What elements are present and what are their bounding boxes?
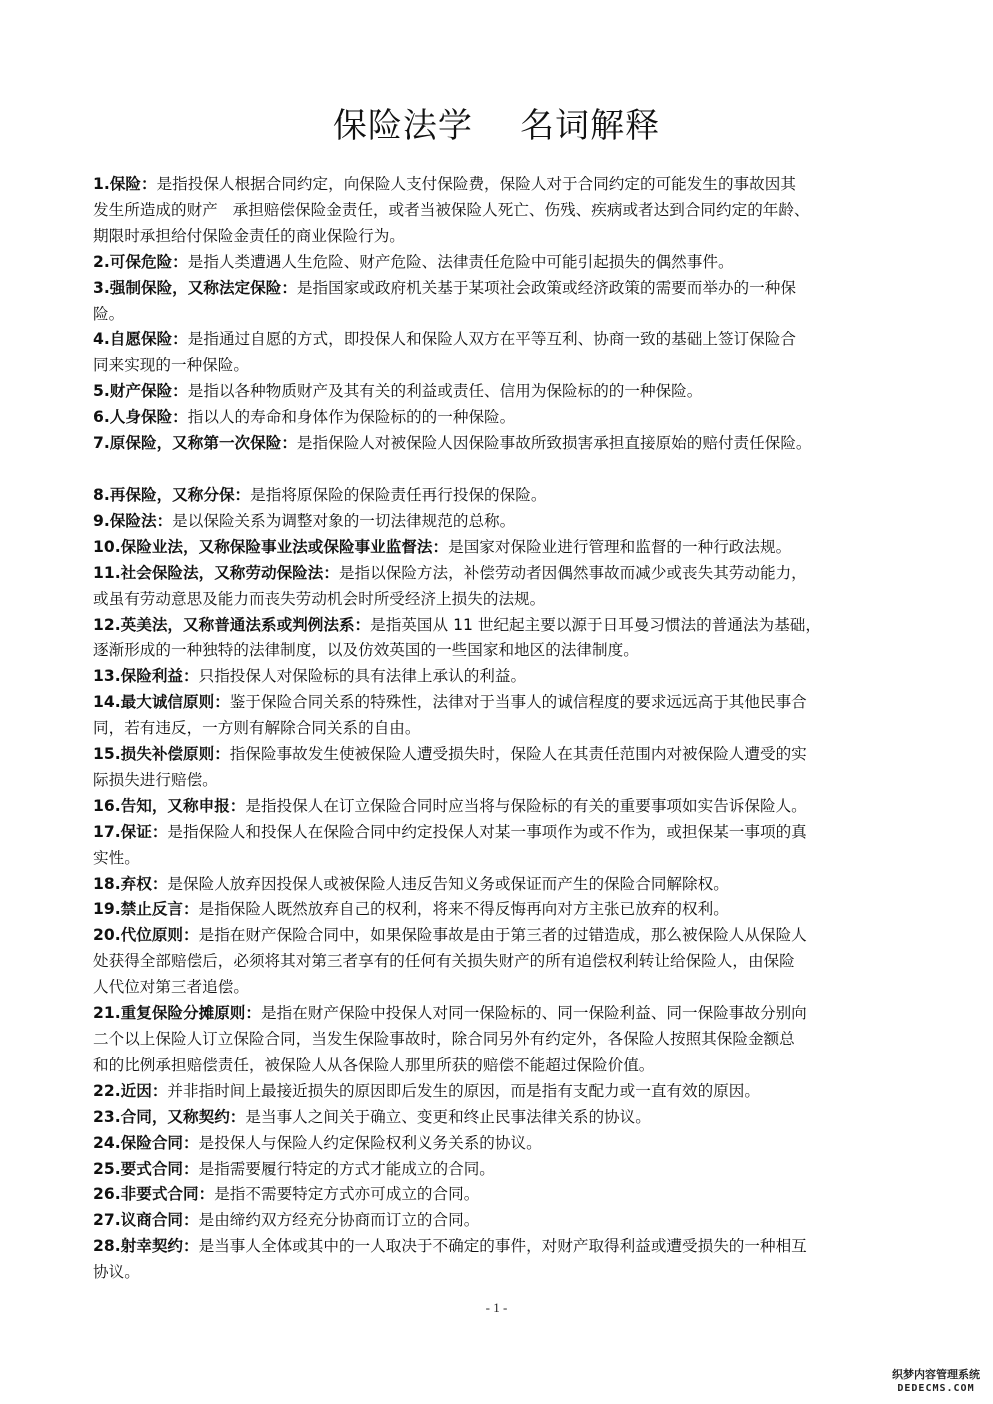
entry-line: 10.保险业法，又称保险事业法或保险事业监督法：是国家对保险业进行管理和监督的一… [93, 535, 898, 561]
entry-number: 7. [93, 434, 110, 452]
entry-line: 16.告知，又称申报：是指投保人在订立保险合同时应当将与保险标的有关的重要事项如… [93, 794, 898, 820]
glossary-entry: 15.损失补偿原则：指保险事故发生使被保险人遭受损失时，保险人在其责任范围内对被… [93, 742, 898, 794]
entry-term: 保险业法，又称保险事业法或保险事业监督法： [121, 538, 448, 556]
entry-term: 财产保险： [110, 382, 188, 400]
entry-line: 21.重复保险分摊原则：是指在财产保险中投保人对同一保险标的、同一保险利益、同一… [93, 1001, 898, 1027]
entry-term: 强制保险，又称法定保险： [110, 279, 297, 297]
entry-line: 7.原保险，又称第一次保险：是指保险人对被保险人因保险事故所致损害承担直接原始的… [93, 431, 898, 457]
entry-term: 合同，又称契约： [121, 1108, 246, 1126]
entry-line: 12.英美法，又称普通法系或判例法系：是指英国从 11 世纪起主要以源于日耳曼习… [93, 613, 898, 639]
entry-line: 5.财产保险：是指以各种物质财产及其有关的利益或责任、信用为保险标的的一种保险。 [93, 379, 898, 405]
entry-definition-text: 是保险人放弃因投保人或被保险人违反告知义务或保证而产生的保险合同解除权。 [167, 875, 728, 893]
entry-number: 23. [93, 1108, 121, 1126]
entry-line: 协议。 [93, 1260, 898, 1286]
entry-line: 28.射幸契约：是当事人全体或其中的一人取决于不确定的事件，对财产取得利益或遭受… [93, 1234, 898, 1260]
watermark-logo: 织梦内容管理系统 DEDECMS.COM [883, 1368, 989, 1395]
entry-line: 23.合同，又称契约：是当事人之间关于确立、变更和终止民事法律关系的协议。 [93, 1105, 898, 1131]
entry-line: 20.代位原则：是指在财产保险合同中，如果保险事故是由于第三者的过错造成，那么被… [93, 923, 898, 949]
entry-definition-text: 期限时承担给付保险金责任的商业保险行为。 [93, 227, 405, 245]
entry-term: 近因： [121, 1082, 168, 1100]
entry-number: 5. [93, 382, 110, 400]
glossary-entry: 10.保险业法，又称保险事业法或保险事业监督法：是国家对保险业进行管理和监督的一… [93, 535, 898, 561]
page-title: 保险法学 名词解释 [0, 98, 993, 147]
entry-line: 25.要式合同：是指需要履行特定的方式才能成立的合同。 [93, 1157, 898, 1183]
entry-definition-text: 同来实现的一种保险。 [93, 356, 249, 374]
entry-line: 19.禁止反言：是指保险人既然放弃自己的权利，将来不得反悔再向对方主张已放弃的权… [93, 897, 898, 923]
entry-term: 最大诚信原则： [121, 693, 230, 711]
glossary-entry: 23.合同，又称契约：是当事人之间关于确立、变更和终止民事法律关系的协议。 [93, 1105, 898, 1131]
glossary-entry: 12.英美法，又称普通法系或判例法系：是指英国从 11 世纪起主要以源于日耳曼习… [93, 613, 898, 665]
entry-number: 25. [93, 1160, 121, 1178]
watermark-line1: 织梦内容管理系统 [883, 1368, 989, 1382]
entry-definition-text: 是指投保人根据合同约定，向保险人支付保险费，保险人对于合同约定的可能发生的事故因… [157, 175, 796, 193]
entry-line: 逐渐形成的一种独特的法律制度，以及仿效英国的一些国家和地区的法律制度。 [93, 638, 898, 664]
glossary-entry: 24.保险合同：是投保人与保险人约定保险权利义务关系的协议。 [93, 1131, 898, 1157]
glossary-entry: 2.可保危险：是指人类遭遇人生危险、财产危险、法律责任危险中可能引起损失的偶然事… [93, 250, 898, 276]
entry-line: 22.近因：并非指时间上最接近损失的原因即后发生的原因，而是指有支配力或一直有效… [93, 1079, 898, 1105]
entry-line: 2.可保危险：是指人类遭遇人生危险、财产危险、法律责任危险中可能引起损失的偶然事… [93, 250, 898, 276]
entry-definition-text: 或虽有劳动意思及能力而丧失劳动机会时所受经济上损失的法规。 [93, 590, 545, 608]
glossary-entry: 3.强制保险，又称法定保险：是指国家或政府机关基于某项社会政策或经济政策的需要而… [93, 276, 898, 328]
glossary-entry: 6.人身保险：指以人的寿命和身体作为保险标的的一种保险。 [93, 405, 898, 431]
entry-definition-text: 并非指时间上最接近损失的原因即后发生的原因，而是指有支配力或一直有效的原因。 [167, 1082, 760, 1100]
entry-term: 人身保险： [110, 408, 188, 426]
entry-number: 21. [93, 1004, 121, 1022]
entry-term: 禁止反言： [121, 900, 199, 918]
entry-number: 26. [93, 1185, 121, 1203]
entry-definition-text: 险。 [93, 305, 124, 323]
entry-definition-text: 是指需要履行特定的方式才能成立的合同。 [199, 1160, 495, 1178]
glossary-entry: 19.禁止反言：是指保险人既然放弃自己的权利，将来不得反悔再向对方主张已放弃的权… [93, 897, 898, 923]
entry-term: 再保险，又称分保： [110, 486, 250, 504]
entry-number: 11. [93, 564, 121, 582]
entry-line: 17.保证：是指保险人和投保人在保险合同中约定投保人对某一事项作为或不作为，或担… [93, 820, 898, 846]
entry-number: 12. [93, 616, 121, 634]
entry-number: 19. [93, 900, 121, 918]
entry-definition-text: 二个以上保险人订立保险合同，当发生保险事故时，除合同另外有约定外，各保险人按照其… [93, 1030, 795, 1048]
entry-number: 9. [93, 512, 110, 530]
spacer [93, 457, 898, 483]
glossary-entry: 14.最大诚信原则：鉴于保险合同关系的特殊性，法律对于当事人的诚信程度的要求远远… [93, 690, 898, 742]
entry-definition-text: 是指英国从 11 世纪起主要以源于日耳曼习惯法的普通法为基础， [370, 616, 821, 634]
entry-term: 议商合同： [121, 1211, 199, 1229]
entry-line: 4.自愿保险：是指通过自愿的方式，即投保人和保险人双方在平等互利、协商一致的基础… [93, 327, 898, 353]
glossary-entry: 5.财产保险：是指以各种物质财产及其有关的利益或责任、信用为保险标的的一种保险。 [93, 379, 898, 405]
glossary-entry: 27.议商合同：是由缔约双方经充分协商而订立的合同。 [93, 1208, 898, 1234]
entry-definition-text: 人代位对第三者追偿。 [93, 978, 249, 996]
entry-term: 自愿保险： [110, 330, 188, 348]
entry-number: 17. [93, 823, 121, 841]
entry-definition-text: 是指投保人在订立保险合同时应当将与保险标的有关的重要事项如实告诉保险人。 [245, 797, 806, 815]
entry-number: 14. [93, 693, 121, 711]
glossary-entry: 8.再保险，又称分保：是指将原保险的保险责任再行投保的保险。 [93, 483, 898, 509]
entry-definition-text: 是指保险人和投保人在保险合同中约定投保人对某一事项作为或不作为，或担保某一事项的… [167, 823, 806, 841]
glossary-list: 1.保险：是指投保人根据合同约定，向保险人支付保险费，保险人对于合同约定的可能发… [93, 172, 898, 1286]
glossary-entry: 28.射幸契约：是当事人全体或其中的一人取决于不确定的事件，对财产取得利益或遭受… [93, 1234, 898, 1286]
glossary-entry: 18.弃权：是保险人放弃因投保人或被保险人违反告知义务或保证而产生的保险合同解除… [93, 872, 898, 898]
entry-line: 3.强制保险，又称法定保险：是指国家或政府机关基于某项社会政策或经济政策的需要而… [93, 276, 898, 302]
page-number: - 1 - [0, 1300, 993, 1316]
entry-definition-text: 是指在财产保险中投保人对同一保险标的、同一保险利益、同一保险事故分别向 [261, 1004, 807, 1022]
entry-number: 8. [93, 486, 110, 504]
entry-line: 和的比例承担赔偿责任，被保险人从各保险人那里所获的赔偿不能超过保险价值。 [93, 1053, 898, 1079]
entry-line: 实性。 [93, 846, 898, 872]
entry-term: 非要式合同： [121, 1185, 215, 1203]
entry-line: 或虽有劳动意思及能力而丧失劳动机会时所受经济上损失的法规。 [93, 587, 898, 613]
glossary-entry: 21.重复保险分摊原则：是指在财产保险中投保人对同一保险标的、同一保险利益、同一… [93, 1001, 898, 1079]
entry-term: 重复保险分摊原则： [121, 1004, 261, 1022]
entry-line: 同来实现的一种保险。 [93, 353, 898, 379]
entry-line: 险。 [93, 302, 898, 328]
entry-definition-text: 是指以各种物质财产及其有关的利益或责任、信用为保险标的的一种保险。 [188, 382, 703, 400]
entry-line: 同，若有违反，一方则有解除合同关系的自由。 [93, 716, 898, 742]
entry-definition-text: 协议。 [93, 1263, 140, 1281]
glossary-entry: 17.保证：是指保险人和投保人在保险合同中约定投保人对某一事项作为或不作为，或担… [93, 820, 898, 872]
entry-definition-text: 发生所造成的财产 承担赔偿保险金责任，或者当被保险人死亡、伤残、疾病或者达到合同… [93, 201, 810, 219]
entry-definition-text: 只指投保人对保险标的具有法律上承认的利益。 [199, 667, 526, 685]
entry-definition-text: 是指国家或政府机关基于某项社会政策或经济政策的需要而举办的一种保 [297, 279, 796, 297]
entry-line: 24.保险合同：是投保人与保险人约定保险权利义务关系的协议。 [93, 1131, 898, 1157]
entry-line: 11.社会保险法，又称劳动保险法：是指以保险方法，补偿劳动者因偶然事故而减少或丧… [93, 561, 898, 587]
entry-definition-text: 和的比例承担赔偿责任，被保险人从各保险人那里所获的赔偿不能超过保险价值。 [93, 1056, 654, 1074]
glossary-entry: 26.非要式合同：是指不需要特定方式亦可成立的合同。 [93, 1182, 898, 1208]
entry-term: 保险利益： [121, 667, 199, 685]
entry-term: 社会保险法，又称劳动保险法： [121, 564, 339, 582]
glossary-entry: 9.保险法：是以保险关系为调整对象的一切法律规范的总称。 [93, 509, 898, 535]
entry-line: 6.人身保险：指以人的寿命和身体作为保险标的的一种保险。 [93, 405, 898, 431]
entry-line: 26.非要式合同：是指不需要特定方式亦可成立的合同。 [93, 1182, 898, 1208]
entry-number: 16. [93, 797, 121, 815]
entry-definition-text: 指保险事故发生使被保险人遭受损失时，保险人在其责任范围内对被保险人遭受的实 [230, 745, 807, 763]
entry-term: 损失补偿原则： [121, 745, 230, 763]
entry-number: 22. [93, 1082, 121, 1100]
entry-line: 人代位对第三者追偿。 [93, 975, 898, 1001]
entry-definition-text: 是由缔约双方经充分协商而订立的合同。 [199, 1211, 480, 1229]
entry-number: 13. [93, 667, 121, 685]
watermark-line2: DEDECMS.COM [883, 1382, 989, 1395]
glossary-entry: 20.代位原则：是指在财产保险合同中，如果保险事故是由于第三者的过错造成，那么被… [93, 923, 898, 1001]
entry-term: 保证： [121, 823, 168, 841]
entry-definition-text: 是指在财产保险合同中，如果保险事故是由于第三者的过错造成，那么被保险人从保险人 [199, 926, 807, 944]
entry-number: 6. [93, 408, 110, 426]
entry-line: 18.弃权：是保险人放弃因投保人或被保险人违反告知义务或保证而产生的保险合同解除… [93, 872, 898, 898]
entry-term: 可保危险： [110, 253, 188, 271]
entry-line: 27.议商合同：是由缔约双方经充分协商而订立的合同。 [93, 1208, 898, 1234]
entry-definition-text: 是指保险人对被保险人因保险事故所致损害承担直接原始的赔付责任保险。 [297, 434, 812, 452]
glossary-entry: 1.保险：是指投保人根据合同约定，向保险人支付保险费，保险人对于合同约定的可能发… [93, 172, 898, 250]
entry-number: 3. [93, 279, 110, 297]
entry-number: 2. [93, 253, 110, 271]
glossary-entry: 25.要式合同：是指需要履行特定的方式才能成立的合同。 [93, 1157, 898, 1183]
entry-definition-text: 处获得全部赔偿后，必须将其对第三者享有的任何有关损失财产的所有追偿权利转让给保险… [93, 952, 795, 970]
entry-term: 英美法，又称普通法系或判例法系： [121, 616, 371, 634]
entry-number: 20. [93, 926, 121, 944]
glossary-entry: 16.告知，又称申报：是指投保人在订立保险合同时应当将与保险标的有关的重要事项如… [93, 794, 898, 820]
entry-definition-text: 鉴于保险合同关系的特殊性，法律对于当事人的诚信程度的要求远远高于其他民事合 [230, 693, 807, 711]
entry-number: 27. [93, 1211, 121, 1229]
entry-definition-text: 际损失进行赔偿。 [93, 771, 218, 789]
entry-definition-text: 是指以保险方法，补偿劳动者因偶然事故而减少或丧失其劳动能力， [339, 564, 807, 582]
entry-definition-text: 是指通过自愿的方式，即投保人和保险人双方在平等互利、协商一致的基础上签订保险合 [188, 330, 796, 348]
entry-number: 4. [93, 330, 110, 348]
entry-definition-text: 实性。 [93, 849, 140, 867]
entry-number: 1. [93, 175, 110, 193]
entry-definition-text: 是国家对保险业进行管理和监督的一种行政法规。 [448, 538, 791, 556]
entry-term: 保险法： [110, 512, 172, 530]
entry-term: 保险： [110, 175, 157, 193]
entry-number: 15. [93, 745, 121, 763]
entry-number: 10. [93, 538, 121, 556]
entry-definition-text: 是当事人之间关于确立、变更和终止民事法律关系的协议。 [245, 1108, 650, 1126]
entry-line: 14.最大诚信原则：鉴于保险合同关系的特殊性，法律对于当事人的诚信程度的要求远远… [93, 690, 898, 716]
entry-term: 要式合同： [121, 1160, 199, 1178]
glossary-entry: 22.近因：并非指时间上最接近损失的原因即后发生的原因，而是指有支配力或一直有效… [93, 1079, 898, 1105]
entry-definition-text: 是指不需要特定方式亦可成立的合同。 [214, 1185, 479, 1203]
entry-definition-text: 是指保险人既然放弃自己的权利，将来不得反悔再向对方主张已放弃的权利。 [199, 900, 729, 918]
entry-term: 代位原则： [121, 926, 199, 944]
glossary-entry: 13.保险利益：只指投保人对保险标的具有法律上承认的利益。 [93, 664, 898, 690]
glossary-entry: 11.社会保险法，又称劳动保险法：是指以保险方法，补偿劳动者因偶然事故而减少或丧… [93, 561, 898, 613]
entry-term: 原保险，又称第一次保险： [110, 434, 297, 452]
entry-line: 8.再保险，又称分保：是指将原保险的保险责任再行投保的保险。 [93, 483, 898, 509]
entry-line: 发生所造成的财产 承担赔偿保险金责任，或者当被保险人死亡、伤残、疾病或者达到合同… [93, 198, 898, 224]
entry-definition-text: 是指将原保险的保险责任再行投保的保险。 [250, 486, 546, 504]
entry-definition-text: 指以人的寿命和身体作为保险标的的一种保险。 [188, 408, 515, 426]
entry-number: 18. [93, 875, 121, 893]
entry-term: 保险合同： [121, 1134, 199, 1152]
entry-definition-text: 是当事人全体或其中的一人取决于不确定的事件，对财产取得利益或遭受损失的一种相互 [199, 1237, 807, 1255]
entry-line: 际损失进行赔偿。 [93, 768, 898, 794]
entry-line: 9.保险法：是以保险关系为调整对象的一切法律规范的总称。 [93, 509, 898, 535]
glossary-entry: 7.原保险，又称第一次保险：是指保险人对被保险人因保险事故所致损害承担直接原始的… [93, 431, 898, 457]
entry-line: 15.损失补偿原则：指保险事故发生使被保险人遭受损失时，保险人在其责任范围内对被… [93, 742, 898, 768]
entry-line: 13.保险利益：只指投保人对保险标的具有法律上承认的利益。 [93, 664, 898, 690]
glossary-entry: 4.自愿保险：是指通过自愿的方式，即投保人和保险人双方在平等互利、协商一致的基础… [93, 327, 898, 379]
entry-term: 弃权： [121, 875, 168, 893]
entry-number: 28. [93, 1237, 121, 1255]
entry-definition-text: 是投保人与保险人约定保险权利义务关系的协议。 [199, 1134, 542, 1152]
entry-line: 二个以上保险人订立保险合同，当发生保险事故时，除合同另外有约定外，各保险人按照其… [93, 1027, 898, 1053]
entry-line: 处获得全部赔偿后，必须将其对第三者享有的任何有关损失财产的所有追偿权利转让给保险… [93, 949, 898, 975]
entry-definition-text: 逐渐形成的一种独特的法律制度，以及仿效英国的一些国家和地区的法律制度。 [93, 641, 639, 659]
entry-line: 1.保险：是指投保人根据合同约定，向保险人支付保险费，保险人对于合同约定的可能发… [93, 172, 898, 198]
entry-line: 期限时承担给付保险金责任的商业保险行为。 [93, 224, 898, 250]
entry-term: 告知，又称申报： [121, 797, 246, 815]
entry-definition-text: 是指人类遭遇人生危险、财产危险、法律责任危险中可能引起损失的偶然事件。 [188, 253, 734, 271]
entry-definition-text: 是以保险关系为调整对象的一切法律规范的总称。 [172, 512, 515, 530]
entry-definition-text: 同，若有违反，一方则有解除合同关系的自由。 [93, 719, 420, 737]
entry-term: 射幸契约： [121, 1237, 199, 1255]
entry-number: 24. [93, 1134, 121, 1152]
